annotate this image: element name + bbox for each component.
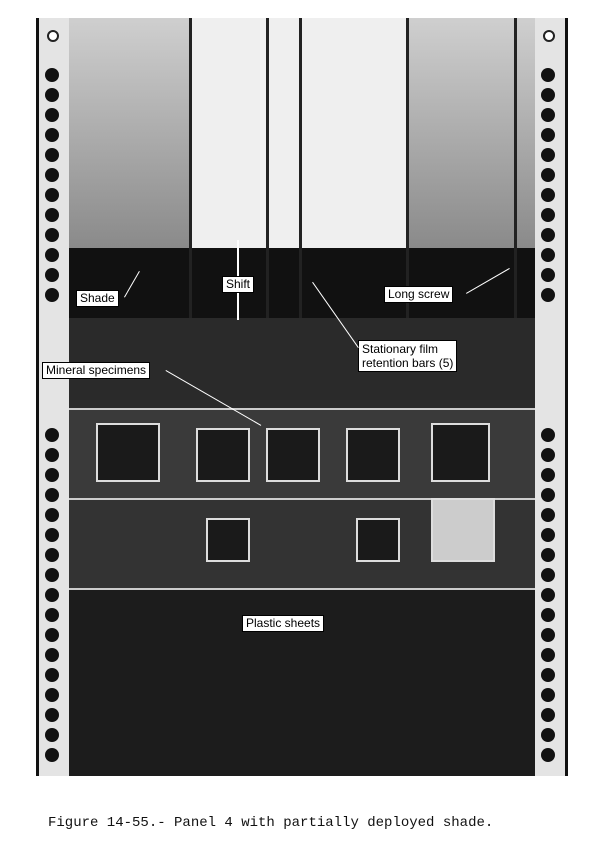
rail-hole — [541, 508, 555, 522]
rail-hole — [45, 288, 59, 302]
rail-hole — [541, 528, 555, 542]
rail-hole — [45, 688, 59, 702]
shade-film — [69, 18, 189, 248]
mineral-specimen — [346, 428, 400, 482]
mineral-specimen — [206, 518, 250, 562]
rail-hole — [541, 648, 555, 662]
right-rail — [532, 18, 568, 776]
rail-hole — [45, 468, 59, 482]
rail-hole — [45, 128, 59, 142]
rail-hole — [45, 168, 59, 182]
mineral-specimen — [431, 423, 490, 482]
rail-hole — [45, 648, 59, 662]
rail-hole — [45, 248, 59, 262]
rail-hole — [45, 588, 59, 602]
rail-hole — [45, 228, 59, 242]
rail-hole — [541, 588, 555, 602]
rail-hole — [541, 228, 555, 242]
rail-hole — [541, 68, 555, 82]
figure-caption: Figure 14-55.- Panel 4 with partially de… — [48, 815, 493, 831]
rail-hole — [45, 548, 59, 562]
rail-hole — [45, 528, 59, 542]
rail-hole — [45, 448, 59, 462]
rail-hole — [541, 188, 555, 202]
rail-hole — [45, 708, 59, 722]
rail-hole — [541, 288, 555, 302]
rail-hole — [541, 568, 555, 582]
shade-label: Shade — [76, 290, 119, 307]
rail-hole — [541, 448, 555, 462]
mineral-specimen — [266, 428, 320, 482]
rail-hole — [541, 708, 555, 722]
rail-hole — [45, 88, 59, 102]
rail-hole — [541, 248, 555, 262]
plastic-sheets-label: Plastic sheets — [242, 615, 324, 632]
left-rail — [36, 18, 72, 776]
retention-bar — [406, 18, 409, 318]
rail-hole — [541, 108, 555, 122]
rail-hole — [45, 568, 59, 582]
rail-hole — [45, 488, 59, 502]
rail-hole — [45, 748, 59, 762]
rail-hole — [45, 268, 59, 282]
film-section — [189, 18, 299, 248]
screw-icon — [543, 30, 555, 42]
rail-hole — [541, 628, 555, 642]
rail-hole — [45, 508, 59, 522]
mineral-specimen — [431, 498, 495, 562]
rail-hole — [45, 628, 59, 642]
retention-bar — [514, 18, 517, 318]
retention-bars-label-line1: Stationary film — [362, 342, 453, 356]
retention-bar — [266, 18, 269, 318]
rail-hole — [541, 608, 555, 622]
mineral-specimen — [96, 423, 160, 482]
rail-hole — [541, 268, 555, 282]
rail-hole — [45, 68, 59, 82]
rail-hole — [541, 128, 555, 142]
rail-hole — [541, 728, 555, 742]
shift-label: Shift — [222, 276, 254, 293]
rail-hole — [45, 728, 59, 742]
rail-hole — [541, 688, 555, 702]
rail-hole — [45, 668, 59, 682]
retention-bar — [189, 18, 192, 318]
retention-bars-label-line2: retention bars (5) — [362, 356, 453, 370]
shade-band — [69, 248, 535, 318]
retention-bar — [299, 18, 302, 318]
mineral-specimen — [356, 518, 400, 562]
long-screw-label: Long screw — [384, 286, 453, 303]
rail-hole — [45, 148, 59, 162]
rail-hole — [45, 208, 59, 222]
rail-hole — [541, 428, 555, 442]
mineral-specimens-label: Mineral specimens — [42, 362, 150, 379]
film-section — [299, 18, 409, 248]
rail-hole — [541, 468, 555, 482]
rail-hole — [541, 148, 555, 162]
rail-hole — [541, 488, 555, 502]
rail-hole — [541, 168, 555, 182]
rail-hole — [541, 88, 555, 102]
rail-hole — [541, 748, 555, 762]
retention-bars-label: Stationary film retention bars (5) — [358, 340, 457, 372]
rail-hole — [541, 548, 555, 562]
rail-hole — [45, 428, 59, 442]
screw-icon — [47, 30, 59, 42]
rail-hole — [45, 188, 59, 202]
rail-hole — [541, 208, 555, 222]
rail-hole — [45, 608, 59, 622]
rail-hole — [541, 668, 555, 682]
mineral-specimen — [196, 428, 250, 482]
rail-hole — [45, 108, 59, 122]
panel-photograph: Shade Shift Long screw Stationary film r… — [36, 18, 568, 776]
